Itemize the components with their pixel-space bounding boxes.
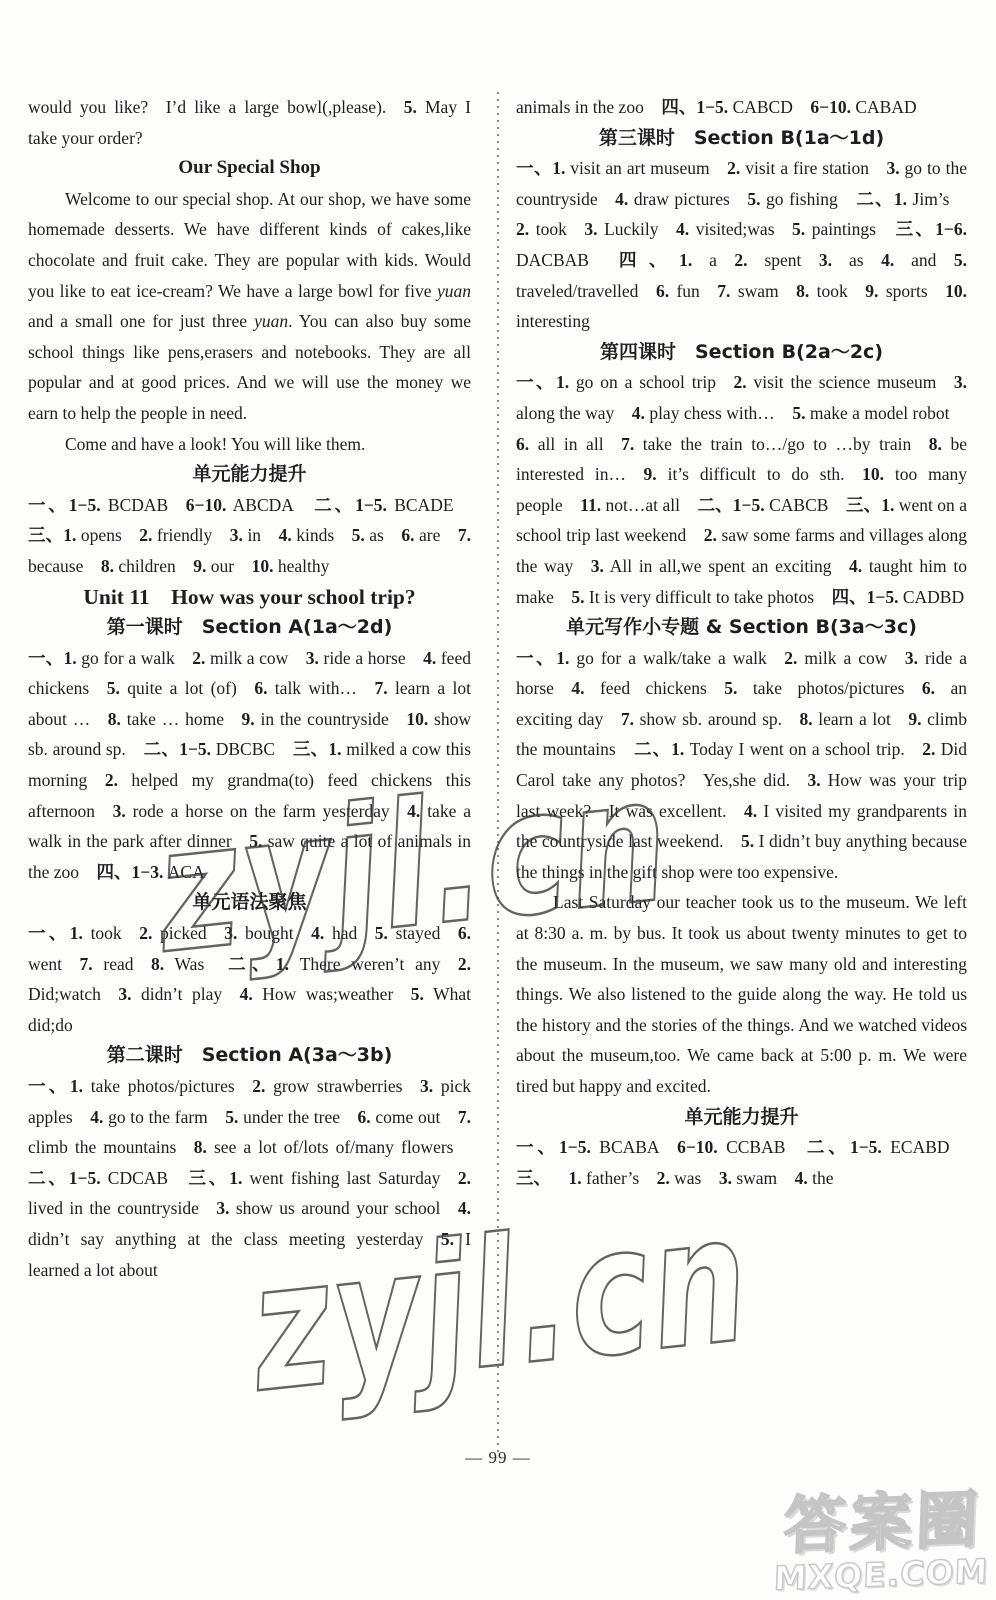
left-column: would you like? I’d like a large bowl(,p… bbox=[28, 92, 471, 1285]
answer-block: 一、1−5. BCDAB 6−10. ABCDA 二、1−5. BCADE 三、… bbox=[28, 490, 471, 582]
answer-block: animals in the zoo 四、1−5. CABCD 6−10. CA… bbox=[516, 92, 967, 123]
answer-site-logo: 答案圈 MXQE.COM bbox=[774, 1486, 992, 1598]
answer-block: 一、1. visit an art museum 2. visit a fire… bbox=[516, 153, 967, 337]
lesson-heading: 第四课时 Section B(2a～2c) bbox=[516, 337, 967, 368]
essay-paragraph: Welcome to our special shop. At our shop… bbox=[28, 184, 471, 429]
lesson-heading: 第三课时 Section B(1a～1d) bbox=[516, 123, 967, 154]
lesson-heading: 第一课时 Section A(1a～2d) bbox=[28, 612, 471, 643]
answer-block: 一、1. took 2. picked 3. bought 4. had 5. … bbox=[28, 918, 471, 1040]
section-heading: 单元能力提升 bbox=[516, 1102, 967, 1133]
writing-section-heading: 单元写作小专题 & Section B(3a～3c) bbox=[516, 612, 967, 643]
daanquan-logo-text: 答案圈 bbox=[775, 1486, 992, 1560]
answer-block: 一、1−5. BCABA 6−10. CCBAB 二、1−5. ECABD 三、… bbox=[516, 1132, 967, 1193]
unit-title: Unit 11 How was your school trip? bbox=[28, 582, 471, 613]
mxqe-site-text: MXQE.COM bbox=[774, 1552, 990, 1598]
page-number: — 99 — bbox=[0, 1448, 996, 1468]
answer-block: 一、1. go for a walk/take a walk 2. milk a… bbox=[516, 643, 967, 888]
right-column: animals in the zoo 四、1−5. CABCD 6−10. CA… bbox=[516, 92, 967, 1193]
answer-block: would you like? I’d like a large bowl(,p… bbox=[28, 92, 471, 153]
essay-paragraph: Come and have a look! You will like them… bbox=[28, 429, 471, 460]
essay-title: Our Special Shop bbox=[28, 153, 471, 184]
lesson-heading: 第二课时 Section A(3a～3b) bbox=[28, 1040, 471, 1071]
section-heading: 单元能力提升 bbox=[28, 459, 471, 490]
answer-block: 一、1. go on a school trip 2. visit the sc… bbox=[516, 367, 967, 612]
answer-page: would you like? I’d like a large bowl(,p… bbox=[0, 0, 996, 1600]
answer-block: 一、1. go for a walk 2. milk a cow 3. ride… bbox=[28, 643, 471, 888]
answer-block: 一、1. take photos/pictures 2. grow strawb… bbox=[28, 1071, 471, 1285]
model-essay-paragraph: Last Saturday our teacher took us to the… bbox=[516, 887, 967, 1101]
section-heading: 单元语法聚焦 bbox=[28, 887, 471, 918]
column-divider bbox=[497, 92, 499, 1452]
